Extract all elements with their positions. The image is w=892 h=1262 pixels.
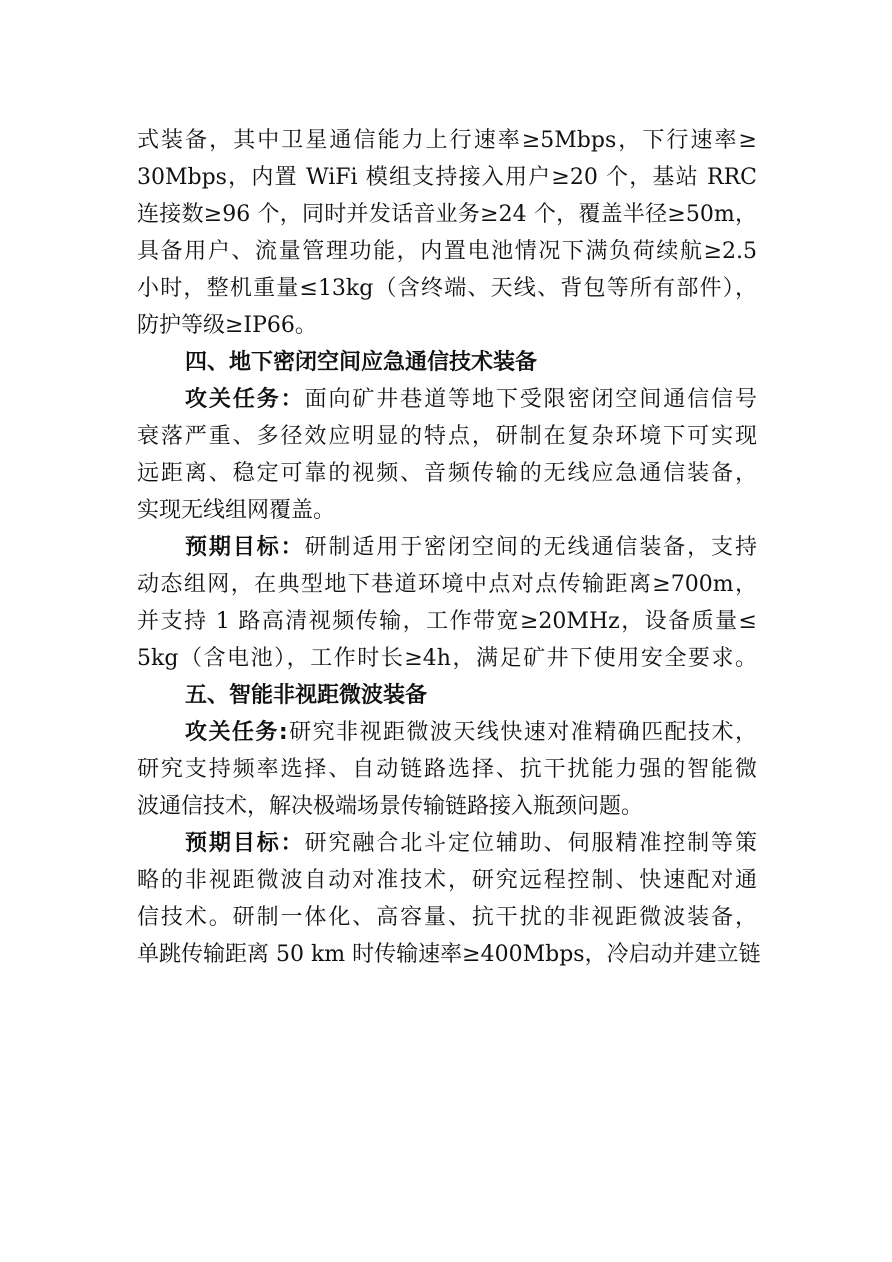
goal-line: 信技术。研制一体化、高容量、抗干扰的非视距微波装备， <box>137 899 757 936</box>
goal-line: 动态组网，在典型地下巷道环境中点对点传输距离≥700m， <box>137 566 757 603</box>
paragraph-line: 具备用户、流量管理功能，内置电池情况下满负荷续航≥2.5 <box>137 233 757 270</box>
goal-line: 略的非视距微波自动对准技术，研究远程控制、快速配对通 <box>137 862 757 899</box>
task-line: 研究支持频率选择、自动链路选择、抗干扰能力强的智能微 <box>137 751 757 788</box>
goal-text: 研制适用于密闭空间的无线通信装备，支持 <box>305 535 757 560</box>
goal-line: 单跳传输距离 50 km 时传输速率≥400Mbps，冷启动并建立链 <box>137 936 757 973</box>
paragraph-line: 连接数≥96 个，同时并发话音业务≥24 个，覆盖半径≥50m， <box>137 196 757 233</box>
document-page: 式装备，其中卫星通信能力上行速率≥5Mbps，下行速率≥ 30Mbps，内置 W… <box>0 0 892 1262</box>
goal-line: 预期目标：研制适用于密闭空间的无线通信装备，支持 <box>185 529 757 566</box>
section-heading: 五、智能非视距微波装备 <box>185 677 757 714</box>
goal-text: 研究融合北斗定位辅助、伺服精准控制等策 <box>305 831 757 856</box>
task-line: 实现无线组网覆盖。 <box>137 492 757 529</box>
task-line: 衰落严重、多径效应明显的特点，研制在复杂环境下可实现 <box>137 418 757 455</box>
task-text: 研究非视距微波天线快速对准精确匹配技术， <box>288 720 757 745</box>
goal-line: 并支持 1 路高清视频传输，工作带宽≥20MHz，设备质量≤ <box>137 603 757 640</box>
paragraph-line: 式装备，其中卫星通信能力上行速率≥5Mbps，下行速率≥ <box>137 122 757 159</box>
goal-label: 预期目标： <box>185 831 305 856</box>
task-label: 攻关任务： <box>185 387 305 412</box>
paragraph-line: 30Mbps，内置 WiFi 模组支持接入用户≥20 个，基站 RRC <box>137 159 757 196</box>
paragraph-line: 防护等级≥IP66。 <box>137 307 757 344</box>
task-line: 远距离、稳定可靠的视频、音频传输的无线应急通信装备， <box>137 455 757 492</box>
task-label: 攻关任务: <box>185 720 288 745</box>
goal-line: 预期目标：研究融合北斗定位辅助、伺服精准控制等策 <box>185 825 757 862</box>
task-line: 攻关任务：面向矿井巷道等地下受限密闭空间通信信号 <box>185 381 757 418</box>
section-heading: 四、地下密闭空间应急通信技术装备 <box>185 344 757 381</box>
goal-label: 预期目标： <box>185 535 305 560</box>
task-text: 面向矿井巷道等地下受限密闭空间通信信号 <box>305 387 757 412</box>
paragraph-line: 小时，整机重量≤13kg（含终端、天线、背包等所有部件）， <box>137 270 757 307</box>
task-line: 攻关任务:研究非视距微波天线快速对准精确匹配技术， <box>185 714 757 751</box>
task-line: 波通信技术，解决极端场景传输链路接入瓶颈问题。 <box>137 788 757 825</box>
goal-line: 5kg（含电池），工作时长≥4h，满足矿井下使用安全要求。 <box>137 640 757 677</box>
